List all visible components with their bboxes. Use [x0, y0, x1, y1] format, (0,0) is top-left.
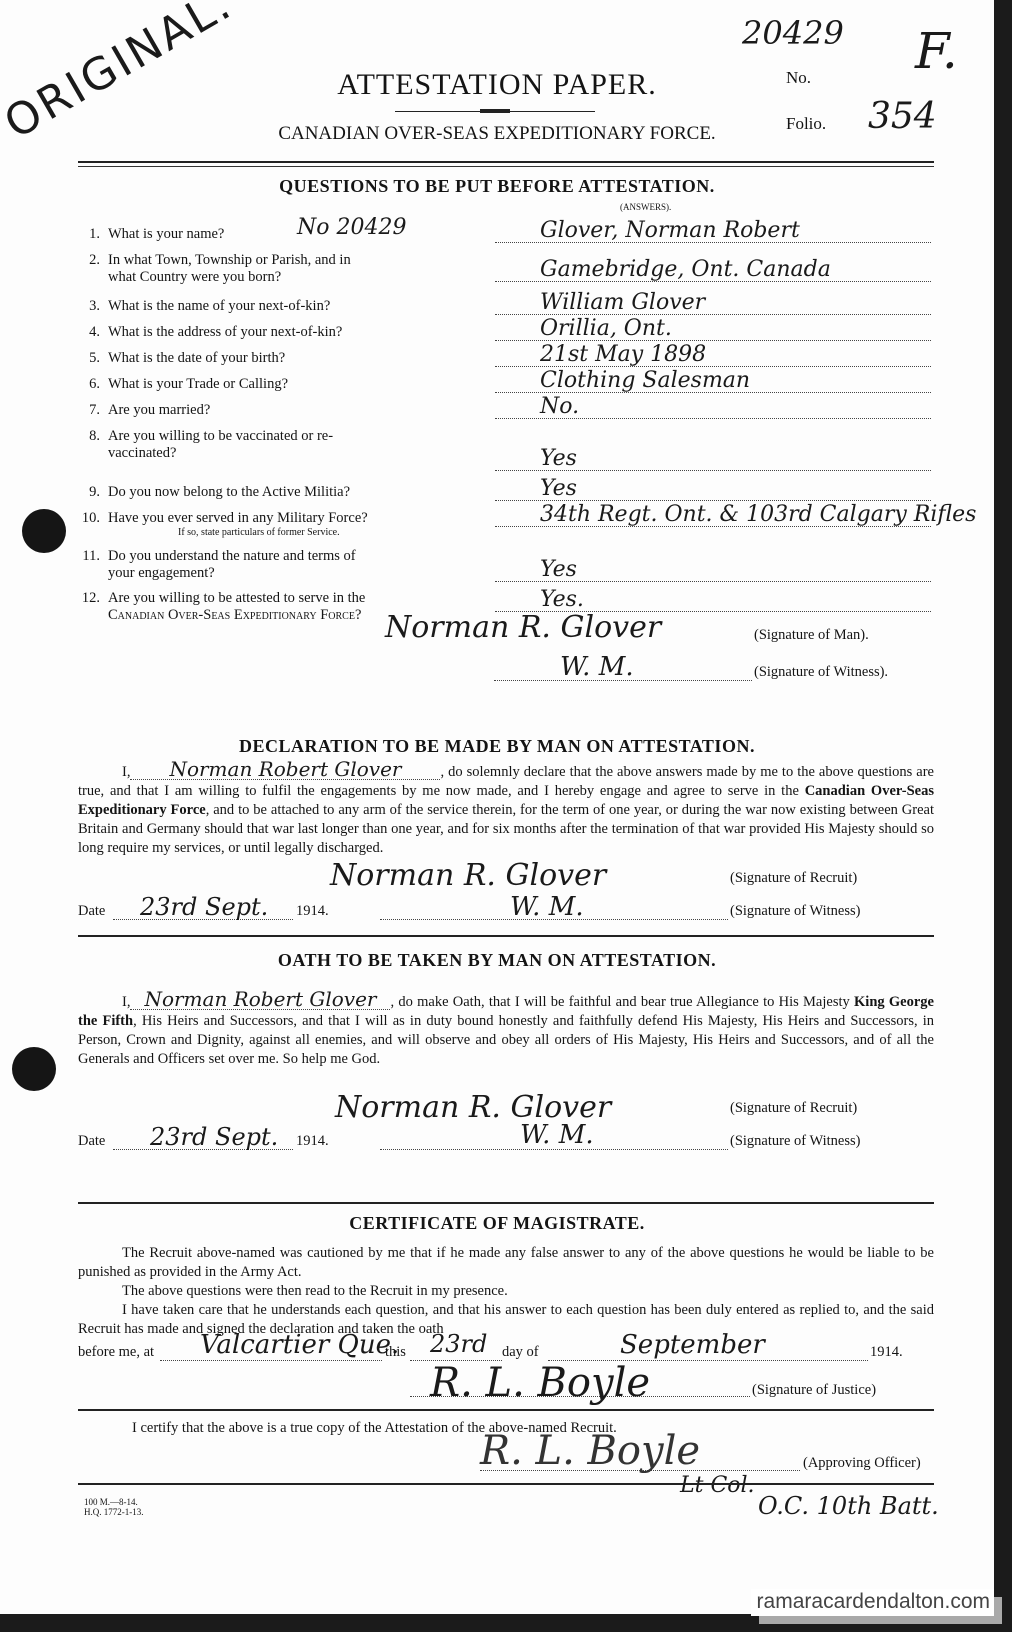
approving-officer-signature: R. L. Boyle: [480, 1428, 700, 1474]
oath-witness-signature: W. M.: [520, 1120, 594, 1150]
declaration-text: I,Norman Robert Glover, do solemnly decl…: [78, 760, 934, 858]
oath-date: 23rd Sept.: [150, 1123, 278, 1151]
signature-of-witness-label: (Signature of Witness).: [754, 664, 888, 681]
divider: [78, 1202, 934, 1204]
answer-5: 21st May 1898: [540, 342, 706, 367]
declaration-recruit-signature: Norman R. Glover: [330, 858, 606, 893]
justice-signature-label: (Signature of Justice): [752, 1382, 876, 1399]
number-value: 20429: [742, 14, 844, 52]
answer-9: Yes: [540, 476, 577, 501]
declaration-witness-signature: W. M.: [510, 892, 584, 922]
declarant-name: Norman Robert Glover: [130, 760, 440, 780]
answer-7: No.: [540, 394, 579, 419]
declaration-date-label: Date: [78, 903, 105, 920]
attestation-place: Valcartier Que.: [200, 1330, 399, 1360]
question-12: 12.Are you willing to be attested to ser…: [78, 590, 365, 624]
question-1: 1.What is your name?: [78, 226, 224, 243]
attestation-month: September: [620, 1330, 765, 1360]
question-7: 7.Are you married?: [78, 402, 210, 419]
answer-6: Clothing Salesman: [540, 368, 750, 393]
question-4: 4.What is the address of your next-of-ki…: [78, 324, 342, 341]
justice-signature: R. L. Boyle: [430, 1360, 650, 1406]
day-of-label: day of: [502, 1344, 539, 1361]
title-ornament: [395, 111, 595, 112]
answer-2: Gamebridge, Ont. Canada: [540, 257, 831, 282]
question-11: 11.Do you understand the nature and term…: [78, 548, 356, 582]
answer-4: Orillia, Ont.: [540, 316, 672, 341]
signature-of-man: Norman R. Glover: [385, 610, 661, 645]
question-6: 6.What is your Trade or Calling?: [78, 376, 288, 393]
oath-text: I,Norman Robert Glover, do make Oath, th…: [78, 990, 934, 1069]
officer-unit: O.C. 10th Batt.: [758, 1492, 939, 1520]
question-5: 5.What is the date of your birth?: [78, 350, 285, 367]
oath-witness-signature-label: (Signature of Witness): [730, 1133, 860, 1150]
divider: [78, 161, 934, 163]
declaration-heading: DECLARATION TO BE MADE BY MAN ON ATTESTA…: [0, 736, 994, 757]
answer-8: Yes: [540, 446, 577, 471]
folio-label: Folio.: [786, 114, 826, 134]
answers-label: (ANSWERS).: [620, 202, 671, 212]
watermark: ramaracardendalton.com: [751, 1589, 994, 1616]
signature-of-witness: W. M.: [560, 652, 634, 682]
answer-11: Yes: [540, 557, 577, 582]
number-label: No.: [786, 68, 811, 88]
document-subtitle: CANADIAN OVER-SEAS EXPEDITIONARY FORCE.: [0, 123, 994, 145]
magistrate-paragraph-2: The above questions were then read to th…: [78, 1282, 934, 1301]
divider: [78, 935, 934, 937]
oath-recruit-signature-label: (Signature of Recruit): [730, 1100, 857, 1117]
regimental-number: No 20429: [297, 215, 406, 240]
form-code-2: H.Q. 1772-1-13.: [84, 1507, 144, 1517]
attestation-year: 1914.: [870, 1344, 903, 1361]
question-2: 2.In what Town, Township or Parish, and …: [78, 252, 351, 286]
question-10: 10.Have you ever served in any Military …: [78, 510, 368, 538]
oath-heading: OATH TO BE TAKEN BY MAN ON ATTESTATION.: [0, 950, 994, 971]
officer-rank: Lt Col.: [680, 1473, 755, 1498]
attestation-paper: ORIGINAL. ATTESTATION PAPER. CANADIAN OV…: [0, 0, 994, 1614]
attestation-day: 23rd: [430, 1330, 487, 1358]
declaration-year: 1914.: [296, 903, 329, 920]
question-8: 8.Are you willing to be vaccinated or re…: [78, 428, 333, 462]
divider: [78, 1483, 934, 1485]
oath-name: Norman Robert Glover: [130, 990, 390, 1010]
answer-3: William Glover: [540, 290, 705, 315]
divider: [78, 1409, 934, 1411]
answer-1: Glover, Norman Robert: [540, 218, 800, 243]
signature-of-man-label: (Signature of Man).: [754, 627, 869, 644]
folio-value: 354: [868, 96, 937, 137]
form-code-1: 100 M.—8-14.: [84, 1497, 138, 1507]
question-3: 3.What is the name of your next-of-kin?: [78, 298, 330, 315]
divider: [78, 166, 934, 167]
before-me-label: before me, at: [78, 1344, 154, 1361]
oath-year: 1914.: [296, 1133, 329, 1150]
punch-hole: [12, 1047, 56, 1091]
document-title: ATTESTATION PAPER.: [0, 68, 994, 102]
corner-mark: F.: [915, 22, 958, 80]
declaration-date: 23rd Sept.: [140, 893, 268, 921]
answer-12: Yes.: [540, 587, 584, 612]
oath-date-label: Date: [78, 1133, 105, 1150]
punch-hole: [22, 509, 66, 553]
approving-officer-label: (Approving Officer): [803, 1455, 921, 1472]
magistrate-heading: CERTIFICATE OF MAGISTRATE.: [0, 1213, 994, 1234]
questions-heading: QUESTIONS TO BE PUT BEFORE ATTESTATION.: [0, 176, 994, 197]
declaration-witness-signature-label: (Signature of Witness): [730, 903, 860, 920]
declaration-recruit-signature-label: (Signature of Recruit): [730, 870, 857, 887]
question-9: 9.Do you now belong to the Active Militi…: [78, 484, 350, 501]
magistrate-paragraph-1: The Recruit above-named was cautioned by…: [78, 1244, 934, 1282]
answer-10: 34th Regt. Ont. & 103rd Calgary Rifles: [540, 502, 976, 527]
this-label: this: [385, 1344, 406, 1361]
